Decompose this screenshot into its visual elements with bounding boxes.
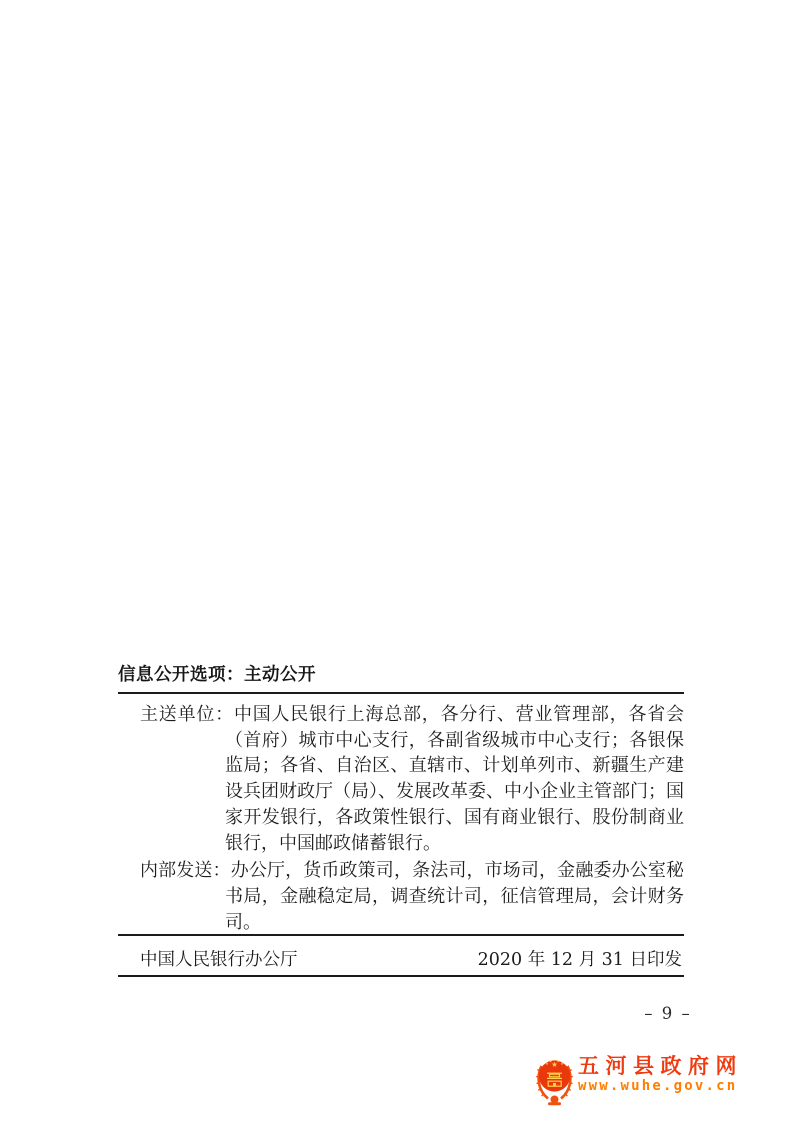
print-date: 2020 年 12 月 31 日印发 [478, 946, 682, 971]
divider-bottom [118, 975, 684, 977]
watermark-text: 五河县政府网 www.wuhe.gov.cn [578, 1055, 743, 1094]
divider-middle [118, 934, 684, 936]
disclosure-option-header: 信息公开选项：主动公开 [118, 661, 316, 686]
colophon-row: 中国人民银行办公厅 2020 年 12 月 31 日印发 [118, 946, 684, 971]
internal-text: 办公厅，货币政策司，条法司，市场司，金融委办公室秘书局，金融稳定局，调查统计司，… [225, 860, 684, 932]
watermark-site-url: www.wuhe.gov.cn [578, 1078, 743, 1094]
divider-top [118, 692, 684, 694]
document-page: 信息公开选项：主动公开 主送单位：中国人民银行上海总部，各分行、营业管理部，各省… [0, 0, 793, 1122]
internal-label: 内部发送： [140, 860, 231, 881]
national-emblem-icon [535, 1057, 574, 1106]
recipients-label: 主送单位： [140, 704, 234, 725]
recipients-text: 中国人民银行上海总部，各分行、营业管理部，各省会（首府）城市中心支行，各副省级城… [225, 704, 684, 854]
page-number: – 9 – [638, 1004, 698, 1023]
site-watermark: 五河县政府网 www.wuhe.gov.cn [535, 1055, 743, 1106]
issuer-name: 中国人民银行办公厅 [140, 946, 298, 971]
watermark-site-name: 五河县政府网 [578, 1055, 743, 1078]
recipients-paragraph: 主送单位：中国人民银行上海总部，各分行、营业管理部，各省会（首府）城市中心支行，… [118, 702, 684, 856]
internal-paragraph: 内部发送：办公厅，货币政策司，条法司，市场司，金融委办公室秘书局，金融稳定局，调… [118, 858, 684, 935]
distribution-block: 主送单位：中国人民银行上海总部，各分行、营业管理部，各省会（首府）城市中心支行，… [118, 702, 684, 935]
